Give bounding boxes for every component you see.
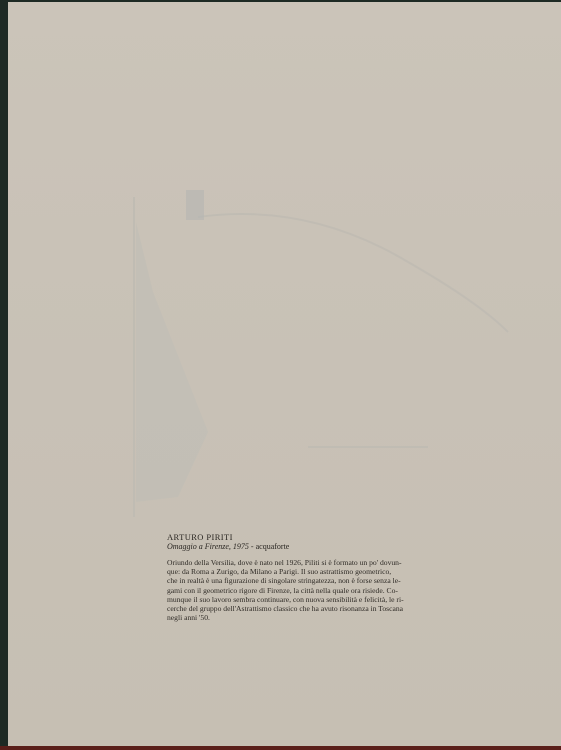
- body-line: munque il suo lavoro sembra continuare, …: [167, 595, 429, 604]
- body-line: gami con il geometrico rigore di Firenze…: [167, 586, 429, 595]
- arc-line: [198, 214, 508, 332]
- body-line: cerche del gruppo dell'Astrattismo class…: [167, 604, 429, 613]
- caption-body: Oriundo della Versilia, dove è nato nel …: [167, 558, 429, 622]
- artwork-technique: acquaforte: [256, 542, 290, 551]
- background-edge: [0, 746, 561, 750]
- artwork-subtitle: Omaggio a Firenze, 1975 - acquaforte: [167, 542, 429, 552]
- artist-name: ARTURO PIRITI: [167, 532, 429, 542]
- body-line: negli anni '50.: [167, 613, 429, 622]
- show-through-artwork: [8, 2, 561, 746]
- artwork-caption: ARTURO PIRITI Omaggio a Firenze, 1975 - …: [167, 532, 429, 622]
- body-line: Oriundo della Versilia, dove è nato nel …: [167, 558, 429, 567]
- scanned-page: ARTURO PIRITI Omaggio a Firenze, 1975 - …: [8, 2, 561, 746]
- artwork-title: Omaggio a Firenze: [167, 542, 229, 551]
- small-rectangle: [186, 190, 204, 220]
- diagonal-wedge: [136, 222, 208, 502]
- body-line: que: da Roma a Zurigo, da Milano a Parig…: [167, 567, 429, 576]
- body-line: che in realtà è una figurazione di singo…: [167, 576, 429, 585]
- artwork-year: 1975: [233, 542, 249, 551]
